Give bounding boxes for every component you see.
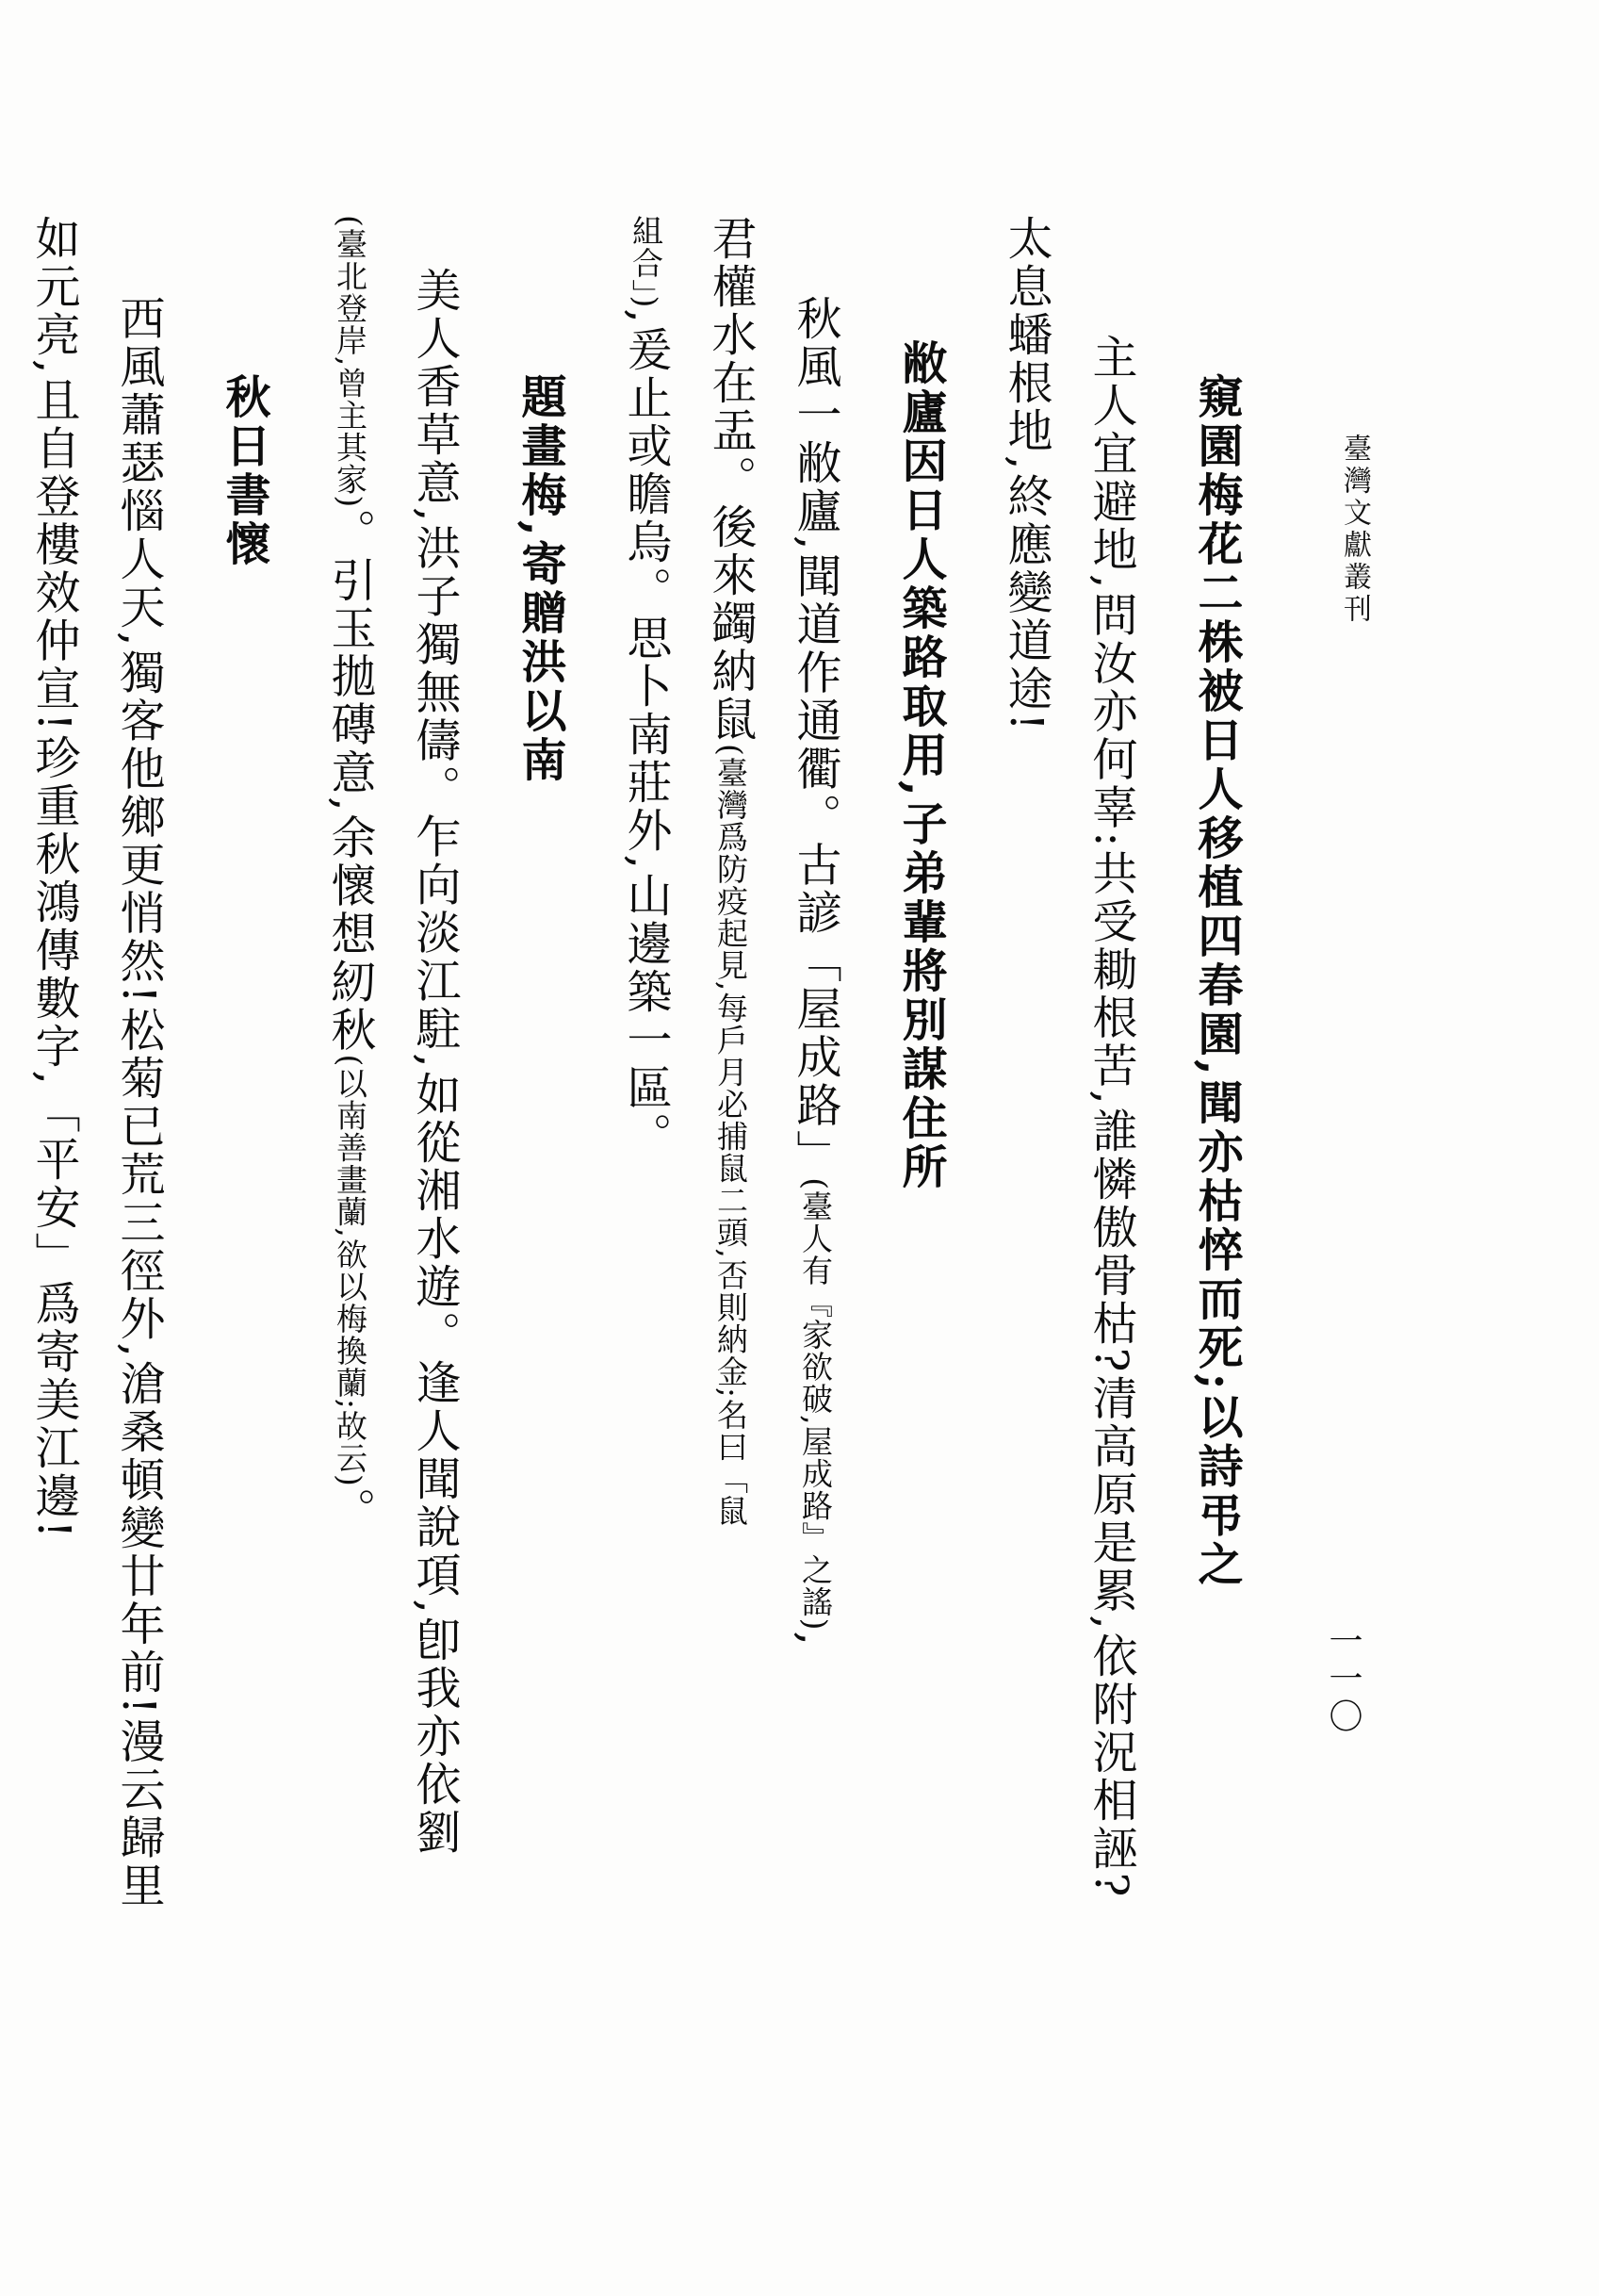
poem-line: 主人宜避地,問汝亦何辜:共受耡根苦,誰憐傲骨枯?清高原是累,依附況相誣? — [1085, 334, 1137, 1899]
poem-title: 秋日書懷 — [214, 373, 274, 2213]
poem-annotation: (臺灣爲防疫起見,每戶月必捕鼠二頭,否則納金;名曰「鼠 — [712, 744, 749, 1527]
poem-line: 。引玉拋磚意,余懷想紉秋 — [323, 508, 376, 1054]
poem-annotation: 組合」) — [628, 215, 664, 308]
poem-column: 主人宜避地,問汝亦何辜:共受耡根苦,誰憐傲骨枯?清高原是累,依附況相誣? — [1081, 334, 1141, 2213]
poem-title-text: 敝廬因日人築路取用,子弟輩將別謀住所 — [894, 339, 947, 1192]
scanned-book-page: { "page": { "running_head": "臺灣文獻叢刊", "p… — [0, 0, 1599, 2296]
poem-line: 西風蕭瑟惱人天,獨客他鄉更悄然!松菊已荒三徑外,滄桑頓變廿年前!漫云歸里 — [112, 295, 165, 1910]
poem-line: 美人香草意,洪子獨無儔。乍向淡江駐,如從湘水遊。逢人聞說項,卽我亦依劉 — [408, 267, 461, 1857]
poem-title: 窺園梅花二株被日人移植四春園,聞亦枯悴而死;以詩弔之 — [1186, 373, 1247, 2213]
poem-column: 如元亮,且自登樓效仲宣!珍重秋鴻傳數字,「平安」爲寄美江邊! — [24, 215, 84, 2213]
poem-annotation: (臺人有『家欲破,屋成路』之謠) — [797, 1177, 834, 1631]
poem-title: 題畫梅,寄贈洪以南 — [510, 373, 570, 2213]
poem-line: 君權水在盂。後來蠲納鼠 — [704, 215, 757, 744]
poem-column: 美人香草意,洪子獨無儔。乍向淡江駐,如從湘水遊。逢人聞說項,卽我亦依劉 — [404, 267, 465, 2213]
poem-line: ,爰止或瞻烏。思卜南莊外,山邊築一區。 — [619, 308, 672, 1160]
poem-annotation: (臺北登岸,曾主其家) — [332, 215, 368, 508]
poem-line: , — [789, 1632, 841, 1648]
poem-annotation: (以南善畫蘭,欲以梅換蘭;故云) — [332, 1055, 368, 1487]
poem-column: 秋風一敝廬,聞道作通衢。古諺「屋成路」(臺人有『家欲破,屋成路』之謠), — [785, 295, 845, 2213]
running-head: 臺灣文獻叢刊 — [1333, 434, 1375, 626]
poem-line: 如元亮,且自登樓效仲宣!珍重秋鴻傳數字,「平安」爲寄美江邊! — [27, 215, 80, 1541]
poem-column: 君權水在盂。後來蠲納鼠(臺灣爲防疫起見,每戶月必捕鼠二頭,否則納金;名曰「鼠 — [700, 215, 760, 2213]
poem-line: 秋風一敝廬,聞道作通衢。古諺「屋成路」 — [789, 295, 841, 1177]
poem-column: 西風蕭瑟惱人天,獨客他鄉更悄然!松菊已荒三徑外,滄桑頓變廿年前!漫云歸里 — [108, 295, 169, 2213]
poem-column: 太息蟠根地,終應變道途! — [996, 215, 1056, 2213]
poem-title-text: 秋日書懷 — [218, 373, 270, 569]
page-background: 臺灣文獻叢刊 一一〇 窺園梅花二株被日人移植四春園,聞亦枯悴而死;以詩弔之 主人… — [0, 0, 1599, 2296]
poem-line: 太息蟠根地,終應變道途! — [1000, 215, 1052, 734]
poem-title: 敝廬因日人築路取用,子弟輩將別謀住所 — [890, 339, 951, 2213]
poem-line: 。 — [323, 1487, 376, 1535]
poem-column: (臺北登岸,曾主其家)。引玉拋磚意,余懷想紉秋(以南善畫蘭,欲以梅換蘭;故云)。 — [319, 215, 380, 2213]
poem-title-text: 題畫梅,寄贈洪以南 — [514, 373, 566, 785]
page-number: 一一〇 — [1319, 1623, 1367, 1736]
poem-column: 組合」),爰止或瞻烏。思卜南莊外,山邊築一區。 — [615, 215, 676, 2213]
poem-title-text: 窺園梅花二株被日人移植四春園,聞亦枯悴而死;以詩弔之 — [1190, 373, 1243, 1589]
poem-text-area: 窺園梅花二株被日人移植四春園,聞亦枯悴而死;以詩弔之 主人宜避地,問汝亦何辜:共… — [0, 215, 1292, 2213]
